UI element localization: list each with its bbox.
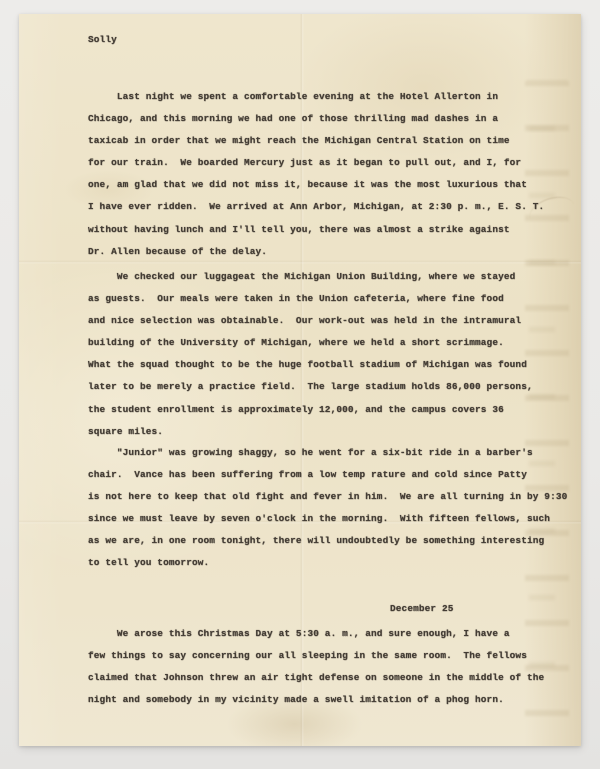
letter-line: since we must leave by seven o'clock in … xyxy=(88,508,567,530)
letter-line: I have ever ridden. We arrived at Ann Ar… xyxy=(88,196,544,218)
paragraph-1: Last night we spent a comfortable evenin… xyxy=(88,86,544,263)
letter-line: Last night we spent a comfortable evenin… xyxy=(88,86,544,108)
letter-line: building of the University of Michigan, … xyxy=(88,332,533,354)
letter-line: claimed that Johnson threw an air tight … xyxy=(88,667,544,689)
letter-line: later to be merely a practice field. The… xyxy=(88,376,533,398)
letter-line: We arose this Christmas Day at 5:30 a. m… xyxy=(88,623,544,645)
letter-line: chair. Vance has been suffering from a l… xyxy=(88,464,567,486)
letter-line: taxicab in order that we might reach the… xyxy=(88,130,544,152)
paragraph-4: We arose this Christmas Day at 5:30 a. m… xyxy=(88,623,544,711)
letter-line: to tell you tomorrow. xyxy=(88,552,567,574)
letter-line: and nice selection was obtainable. Our w… xyxy=(88,310,533,332)
letter-line: We checked our luggageat the Michigan Un… xyxy=(88,266,533,288)
letter-line: as we are, in one room tonight, there wi… xyxy=(88,530,567,552)
scan-background: Solly Last night we spent a comfortable … xyxy=(0,0,600,769)
letter-line: as guests. Our meals were taken in the U… xyxy=(88,288,533,310)
salutation: Solly xyxy=(88,29,117,51)
letter-line: the student enrollment is approximately … xyxy=(88,399,533,421)
letter-page: Solly Last night we spent a comfortable … xyxy=(19,14,581,746)
letter-line: without having lunch and I'll tell you, … xyxy=(88,219,544,241)
letter-line: few things to say concerning our all sle… xyxy=(88,645,544,667)
letter-line: night and somebody in my vicinity made a… xyxy=(88,689,544,711)
paragraph-3: "Junior" was growing shaggy, so he went … xyxy=(88,442,567,575)
paragraph-2: We checked our luggageat the Michigan Un… xyxy=(88,266,533,443)
letter-line: Chicago, and this morning we had one of … xyxy=(88,108,544,130)
letter-line: "Junior" was growing shaggy, so he went … xyxy=(88,442,567,464)
letter-line: What the squad thought to be the huge fo… xyxy=(88,354,533,376)
letter-line: square miles. xyxy=(88,421,533,443)
letter-line: for our train. We boarded Mercury just a… xyxy=(88,152,544,174)
letter-line: is not here to keep that old fight and f… xyxy=(88,486,567,508)
date-line: December 25 xyxy=(390,598,454,620)
letter-line: Dr. Allen because of the delay. xyxy=(88,241,544,263)
letter-line: one, am glad that we did not miss it, be… xyxy=(88,174,544,196)
